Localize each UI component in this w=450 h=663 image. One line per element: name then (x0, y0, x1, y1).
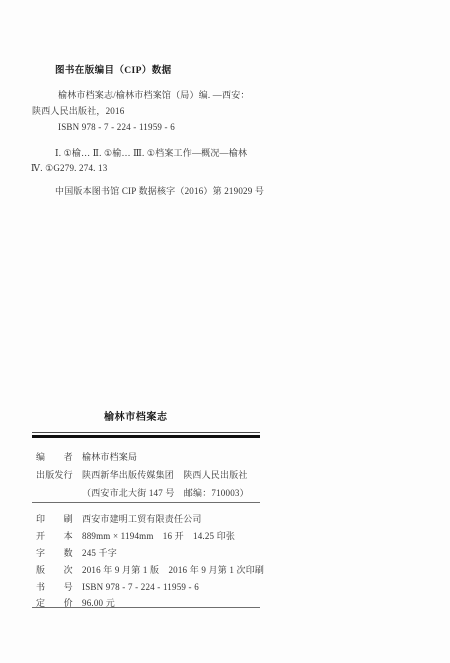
row-value: ISBN 978 - 7 - 224 - 11959 - 6 (82, 582, 199, 592)
row-label: 出版发行 (36, 469, 82, 481)
cip-registry-line: 中国版本图书馆 CIP 数据核字（2016）第 219029 号 (55, 185, 264, 197)
colophon-row-isbn: 书 号ISBN 978 - 7 - 224 - 11959 - 6 (36, 581, 296, 593)
colophon-row-edition: 版 次2016 年 9 月第 1 版 2016 年 9 月第 1 次印刷 (36, 564, 296, 576)
row-label: 印 刷 (36, 513, 82, 525)
middle-rule-line (32, 502, 260, 503)
colophon-row-publisher-address: （西安市北大街 147 号 邮编：710003） (36, 487, 296, 499)
row-label: 编 者 (36, 451, 82, 463)
row-value: 榆林市档案局 (82, 452, 137, 462)
cip-classification-line-2: Ⅳ. ①G279. 274. 13 (31, 162, 107, 174)
row-label: 开 本 (36, 530, 82, 542)
colophon-row-publisher: 出版发行陕西新华出版传媒集团 陕西人民出版社 (36, 469, 296, 481)
double-rule-thin-line (32, 432, 260, 433)
row-value: （西安市北大街 147 号 邮编：710003） (82, 488, 249, 498)
bottom-rule-line (32, 607, 260, 608)
cip-record-line-2: 陕西人民出版社，2016 (32, 105, 124, 117)
copyright-page: 图书在版编目（CIP）数据 榆林市档案志/榆林市档案馆（局）编. —西安： 陕西… (0, 0, 450, 663)
colophon-row-wordcount: 字 数245 千字 (36, 547, 296, 559)
row-value: 245 千字 (82, 548, 117, 558)
row-value: 西安市建明工贸有限责任公司 (82, 514, 202, 524)
double-rule-thick-line (32, 435, 260, 438)
colophon-row-printer: 印 刷西安市建明工贸有限责任公司 (36, 513, 296, 525)
row-label: 版 次 (36, 564, 82, 576)
row-label: 字 数 (36, 547, 82, 559)
colophon-row-editor: 编 者榆林市档案局 (36, 451, 296, 463)
row-value: 陕西新华出版传媒集团 陕西人民出版社 (82, 470, 248, 480)
cip-isbn-line: ISBN 978 - 7 - 224 - 11959 - 6 (58, 121, 175, 133)
row-label: 书 号 (36, 581, 82, 593)
row-value: 889mm × 1194mm 16 开 14.25 印张 (82, 531, 235, 541)
colophon-row-format: 开 本889mm × 1194mm 16 开 14.25 印张 (36, 530, 296, 542)
row-value: 2016 年 9 月第 1 版 2016 年 9 月第 1 次印刷 (82, 565, 264, 575)
cip-block-header: 图书在版编目（CIP）数据 (55, 62, 172, 76)
cip-record-line-1: 榆林市档案志/榆林市档案馆（局）编. —西安： (58, 89, 250, 101)
book-title: 榆林市档案志 (104, 408, 168, 423)
cip-classification-line-1: Ⅰ. ①榆… Ⅱ. ①榆… Ⅲ. ①档案工作—概况—榆林 (55, 147, 247, 159)
